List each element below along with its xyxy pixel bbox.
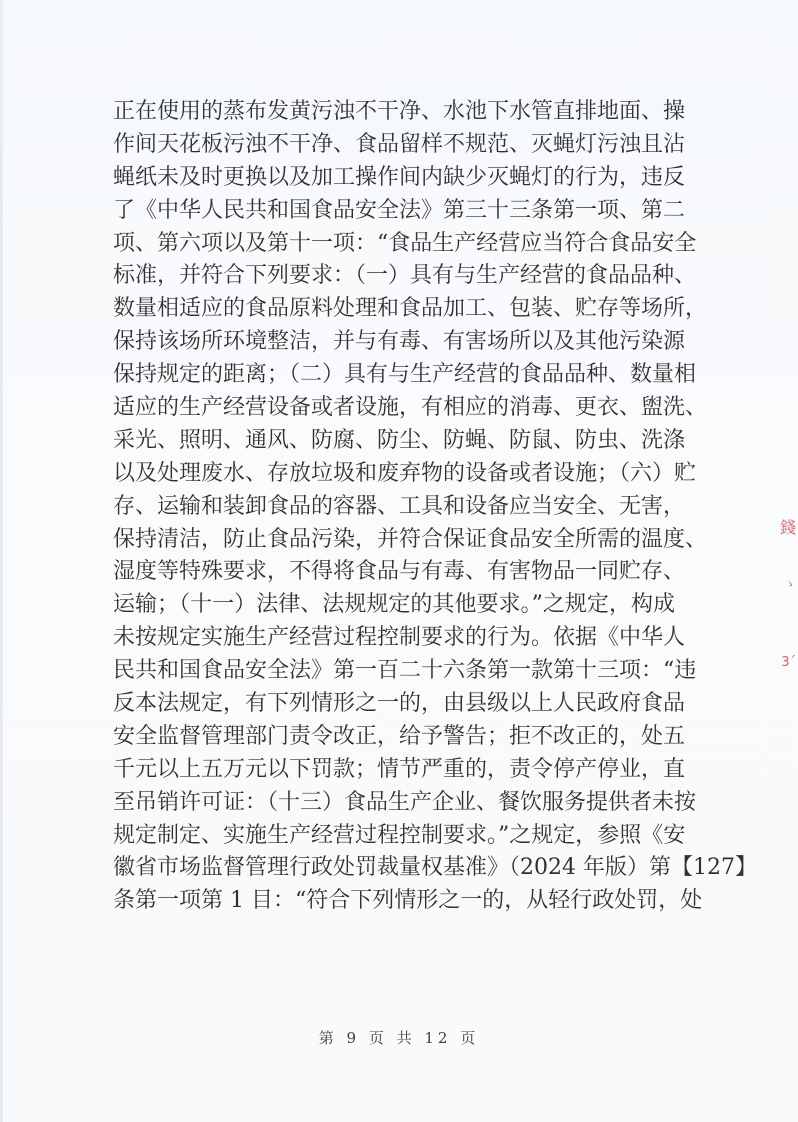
text-line: 蝇纸未及时更换以及加工操作间内缺少灭蝇灯的行为，违反 (113, 162, 675, 195)
text-line: 项、第六项以及第十一项：“食品生产经营应当符合食品安全 (113, 228, 675, 261)
text-line: 运输；（十一）法律、法规规定的其他要求。”之规定，构成 (113, 589, 675, 622)
text-line: 反本法规定，有下列情形之一的，由县级以上人民政府食品 (113, 688, 675, 721)
text-line: 保持该场所环境整洁，并与有毒、有害场所以及其他污染源 (113, 326, 675, 359)
text-line: 湿度等特殊要求，不得将食品与有毒、有害物品一同贮存、 (113, 556, 675, 589)
text-line: 了《中华人民共和国食品安全法》第三十三条第一项、第二 (113, 195, 675, 228)
document-body: 正在使用的蒸布发黄污浊不干净、水池下水管直排地面、操 作间天花板污浊不干净、食品… (113, 96, 675, 918)
text-line: 未按规定实施生产经营过程控制要求的行为。依据《中华人 (113, 622, 675, 655)
text-line: 采光、照明、通风、防腐、防尘、防蝇、防鼠、防虫、洗涤 (113, 425, 675, 458)
seal-stamp-fragment: 錢 ゝ 3ˊ (778, 515, 798, 685)
text-line: 徽省市场监督管理行政处罚裁量权基准》（2024 年版）第【127】 (113, 852, 675, 885)
document-page: 正在使用的蒸布发黄污浊不干净、水池下水管直排地面、操 作间天花板污浊不干净、食品… (0, 0, 798, 1122)
text-line: 存、运输和装卸食品的容器、工具和设备应当安全、无害， (113, 491, 675, 524)
seal-mark: 3ˊ (781, 655, 796, 670)
text-line: 适应的生产经营设备或者设施，有相应的消毒、更衣、盥洗、 (113, 392, 675, 425)
text-line: 以及处理废水、存放垃圾和废弃物的设备或者设施；（六）贮 (113, 458, 675, 491)
seal-mark: 錢 (780, 515, 796, 538)
text-line: 规定制定、实施生产经营过程控制要求。”之规定，参照《安 (113, 820, 675, 853)
text-line: 民共和国食品安全法》第一百二十六条第一款第十三项：“违 (113, 655, 675, 688)
page-number: 第 9 页 共 12 页 (0, 1027, 798, 1048)
text-line: 数量相适应的食品原料处理和食品加工、包装、贮存等场所， (113, 293, 675, 326)
text-line: 至吊销许可证：（十三）食品生产企业、餐饮服务提供者未按 (113, 787, 675, 820)
text-line: 安全监督管理部门责令改正，给予警告；拒不改正的，处五 (113, 721, 675, 754)
text-line: 正在使用的蒸布发黄污浊不干净、水池下水管直排地面、操 (113, 96, 675, 129)
scan-edge (0, 0, 3, 1122)
text-line: 千元以上五万元以下罚款；情节严重的，责令停产停业，直 (113, 754, 675, 787)
text-line: 作间天花板污浊不干净、食品留样不规范、灭蝇灯污浊且沾 (113, 129, 675, 162)
seal-mark: ゝ (784, 575, 796, 592)
text-line: 标准，并符合下列要求：（一）具有与生产经营的食品品种、 (113, 260, 675, 293)
text-line: 保持清洁，防止食品污染，并符合保证食品安全所需的温度、 (113, 524, 675, 557)
text-line: 条第一项第 1 目：“符合下列情形之一的，从轻行政处罚，处 (113, 885, 675, 918)
text-line: 保持规定的距离；（二）具有与生产经营的食品品种、数量相 (113, 359, 675, 392)
